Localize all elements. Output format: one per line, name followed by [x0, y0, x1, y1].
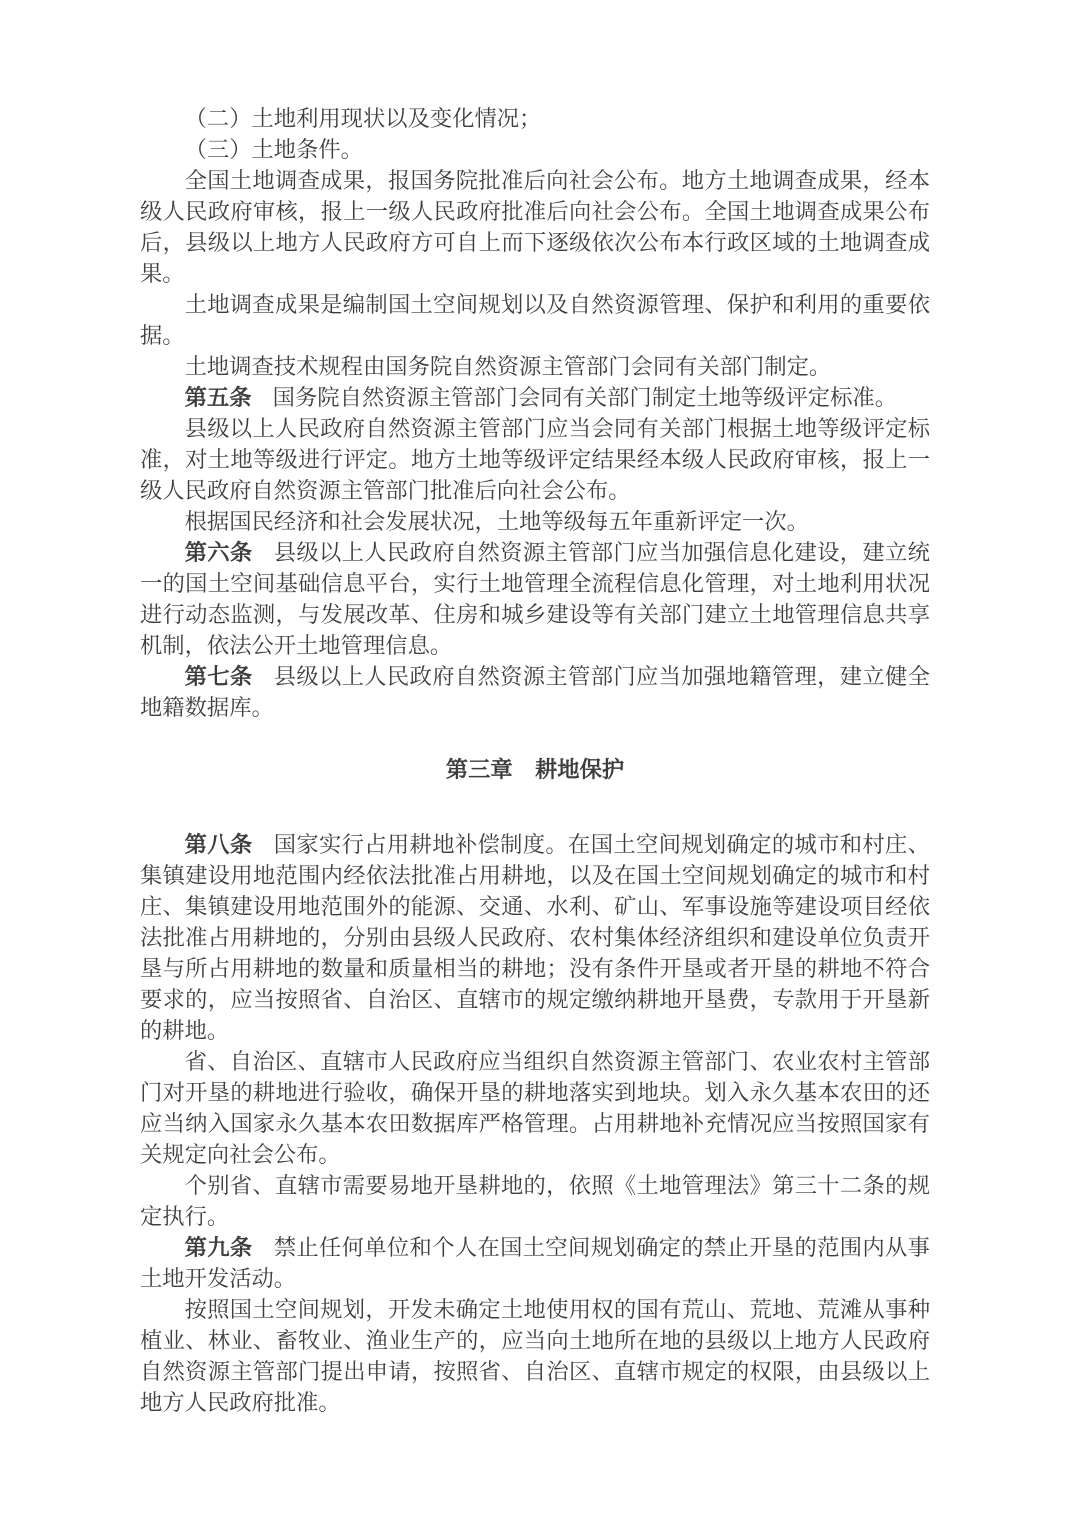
- article-number: 第八条: [185, 832, 253, 857]
- body-paragraph: 土地调查技术规程由国务院自然资源主管部门会同有关部门制定。: [140, 351, 930, 382]
- article-number: 第五条: [185, 385, 252, 410]
- body-paragraph: 第六条县级以上人民政府自然资源主管部门应当加强信息化建设，建立统一的国土空间基础…: [140, 537, 930, 661]
- chapter-heading: 第三章 耕地保护: [140, 754, 930, 785]
- document-body: （二）土地利用现状以及变化情况；（三）土地条件。全国土地调查成果，报国务院批准后…: [140, 103, 930, 1418]
- body-paragraph: 土地调查成果是编制国土空间规划以及自然资源管理、保护和利用的重要依据。: [140, 289, 930, 351]
- body-paragraph: 第五条国务院自然资源主管部门会同有关部门制定土地等级评定标准。: [140, 382, 930, 413]
- list-item-paragraph: （二）土地利用现状以及变化情况；: [140, 103, 930, 134]
- body-paragraph: 个别省、直辖市需要易地开垦耕地的，依照《土地管理法》第三十二条的规定执行。: [140, 1170, 930, 1232]
- document-page: （二）土地利用现状以及变化情况；（三）土地条件。全国土地调查成果，报国务院批准后…: [0, 0, 1074, 1520]
- body-paragraph: 第九条禁止任何单位和个人在国土空间规划确定的禁止开垦的范围内从事土地开发活动。: [140, 1232, 930, 1294]
- article-number: 第六条: [185, 540, 253, 565]
- body-paragraph: 第八条国家实行占用耕地补偿制度。在国土空间规划确定的城市和村庄、集镇建设用地范围…: [140, 829, 930, 1046]
- body-paragraph: 省、自治区、直辖市人民政府应当组织自然资源主管部门、农业农村主管部门对开垦的耕地…: [140, 1046, 930, 1170]
- body-paragraph: 第七条县级以上人民政府自然资源主管部门应当加强地籍管理，建立健全地籍数据库。: [140, 661, 930, 723]
- list-item-paragraph: （三）土地条件。: [140, 134, 930, 165]
- body-paragraph: 全国土地调查成果，报国务院批准后向社会公布。地方土地调查成果，经本级人民政府审核…: [140, 165, 930, 289]
- body-paragraph: 根据国民经济和社会发展状况，土地等级每五年重新评定一次。: [140, 506, 930, 537]
- body-paragraph: 按照国土空间规划，开发未确定土地使用权的国有荒山、荒地、荒滩从事种植业、林业、畜…: [140, 1294, 930, 1418]
- article-number: 第七条: [185, 664, 253, 689]
- body-paragraph: 县级以上人民政府自然资源主管部门应当会同有关部门根据土地等级评定标准，对土地等级…: [140, 413, 930, 506]
- article-number: 第九条: [185, 1235, 253, 1260]
